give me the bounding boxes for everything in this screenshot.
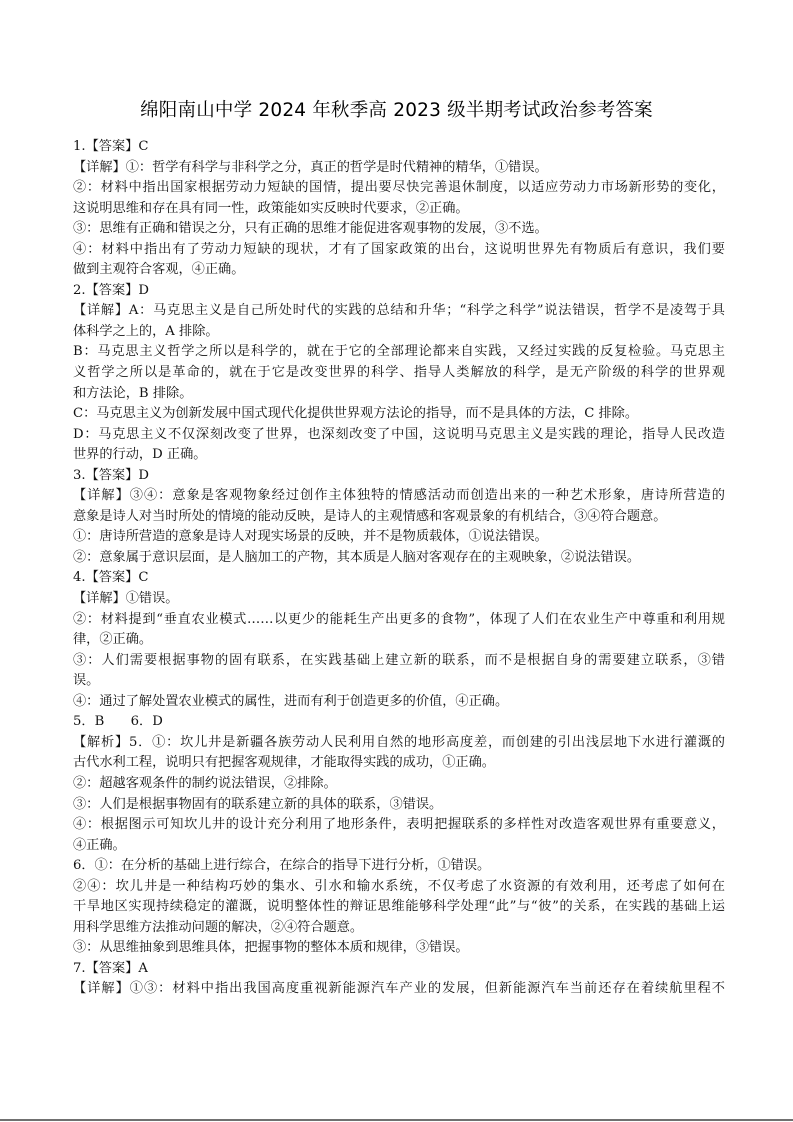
text-line: ③：从思维抽象到思维具体，把握事物的整体本质和规律，③错误。	[73, 938, 725, 959]
text-line: ④：根据图示可知坎儿井的设计充分利用了地形条件，表明把握联系的多样性对改造客观世…	[73, 815, 725, 836]
text-line: ②：意象属于意识层面，是人脑加工的产物，其本质是人脑对客观存在的主观映象，②说法…	[73, 548, 725, 569]
document-page: 绵阳南山中学 2024 年秋季高 2023 级半期考试政治参考答案 1.【答案】…	[0, 0, 793, 1122]
text-line: 古代水利工程，说明只有把握客观规律，才能取得实践的成功，①正确。	[73, 753, 725, 774]
text-line: 律，②正确。	[73, 630, 725, 651]
text-line: 3.【答案】D	[73, 466, 725, 487]
text-line: 6．①：在分析的基础上进行综合，在综合的指导下进行分析，①错误。	[73, 856, 725, 877]
text-line: ③：思维有正确和错误之分，只有正确的思维才能促进客观事物的发展，③不选。	[73, 219, 725, 240]
text-line: D：马克思主义不仅深刻改变了世界，也深刻改变了中国，这说明马克思主义是实践的理论…	[73, 425, 725, 446]
text-line: ③：人们是根据事物固有的联系建立新的具体的联系，③错误。	[73, 795, 725, 816]
text-line: 意象是诗人对当时所处的情境的能动反映，是诗人的主观情感和客观景象的有机结合，③④…	[73, 507, 725, 528]
text-line: 义哲学之所以是革命的，就在于它是改变世界的科学、指导人类解放的科学，是无产阶级的…	[73, 363, 725, 384]
text-line: 【详解】③④：意象是客观物象经过创作主体独特的情感活动而创造出来的一种艺术形象，…	[73, 486, 725, 507]
page-bottom-divider	[0, 1119, 793, 1121]
text-line: 5．B 6．D	[73, 712, 725, 733]
text-line: 【解析】5．①：坎儿井是新疆各族劳动人民利用自然的地形高度差，而创建的引出浅层地…	[73, 733, 725, 754]
text-line: 做到主观符合客观，④正确。	[73, 260, 725, 281]
text-line: ④：材料中指出有了劳动力短缺的现状，才有了国家政策的出台，这说明世界先有物质后有…	[73, 240, 725, 261]
text-line: ②：超越客观条件的制约说法错误，②排除。	[73, 774, 725, 795]
text-line: 【详解】A：马克思主义是自己所处时代的实践的总结和升华；“科学之科学”说法错误，…	[73, 301, 725, 322]
text-line: 【详解】①：哲学有科学与非科学之分，真正的哲学是时代精神的精华，①错误。	[73, 158, 725, 179]
text-line: ④：通过了解处置农业模式的属性，进而有利于创造更多的价值，④正确。	[73, 692, 725, 713]
text-line: ①：唐诗所营造的意象是诗人对现实场景的反映，并不是物质载体，①说法错误。	[73, 527, 725, 548]
text-line: ④正确。	[73, 836, 725, 857]
text-line: 干旱地区实现持续稳定的灌溉，说明整体性的辩证思维能够科学处理“此”与“彼”的关系…	[73, 897, 725, 918]
text-line: 4.【答案】C	[73, 568, 725, 589]
page-title: 绵阳南山中学 2024 年秋季高 2023 级半期考试政治参考答案	[0, 98, 793, 124]
text-line: C：马克思主义为创新发展中国式现代化提供世界观方法论的指导，而不是具体的方法，C…	[73, 404, 725, 425]
text-line: 2.【答案】D	[73, 281, 725, 302]
text-line: ②：材料提到“垂直农业模式……以更少的能耗生产出更多的食物”，体现了人们在农业生…	[73, 610, 725, 631]
answer-body: 1.【答案】C【详解】①：哲学有科学与非科学之分，真正的哲学是时代精神的精华，①…	[73, 137, 725, 1000]
text-line: 误。	[73, 671, 725, 692]
text-line: B：马克思主义哲学之所以是科学的，就在于它的全部理论都来自实践，又经过实践的反复…	[73, 342, 725, 363]
text-line: ②：材料中指出国家根据劳动力短缺的国情，提出要尽快完善退休制度，以适应劳动力市场…	[73, 178, 725, 199]
text-line: ②④：坎儿井是一种结构巧妙的集水、引水和输水系统，不仅考虑了水资源的有效利用，还…	[73, 877, 725, 898]
text-line: 这说明思维和存在具有同一性，政策能如实反映时代要求，②正确。	[73, 199, 725, 220]
text-line: 1.【答案】C	[73, 137, 725, 158]
text-line: 和方法论，B 排除。	[73, 384, 725, 405]
text-line: 【详解】①③：材料中指出我国高度重视新能源汽车产业的发展，但新能源汽车当前还存在…	[73, 979, 725, 1000]
text-line: 体科学之上的，A 排除。	[73, 322, 725, 343]
text-line: 用科学思维方法推动问题的解决，②④符合题意。	[73, 918, 725, 939]
text-line: 【详解】①错误。	[73, 589, 725, 610]
text-line: ③：人们需要根据事物的固有联系，在实践基础上建立新的联系，而不是根据自身的需要建…	[73, 651, 725, 672]
text-line: 7.【答案】A	[73, 959, 725, 980]
text-line: 世界的行动，D 正确。	[73, 445, 725, 466]
